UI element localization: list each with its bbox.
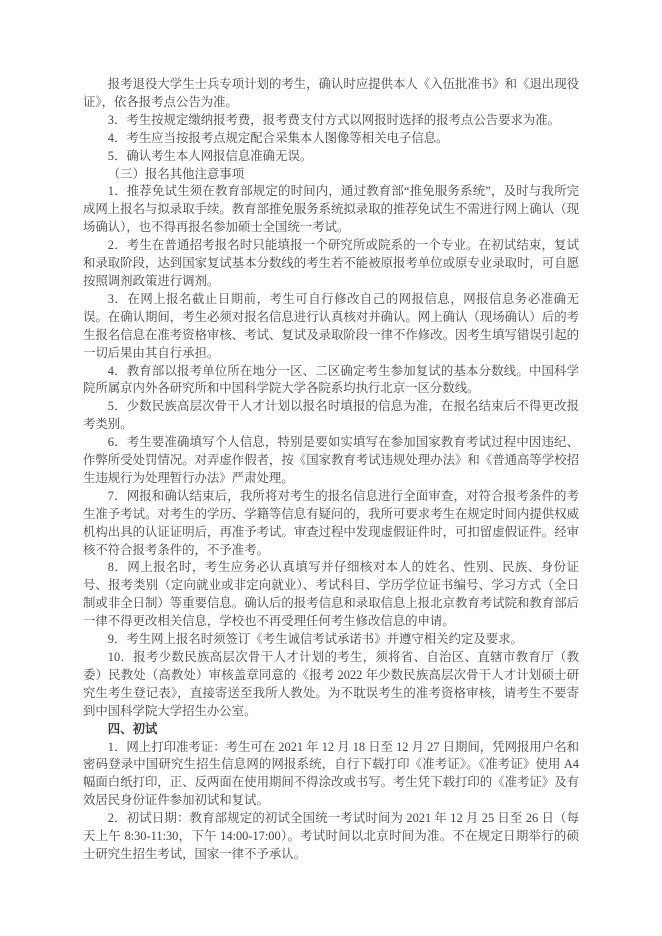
paragraph-note-7-info-review: 7．网报和确认结束后，我所将对考生的报名信息进行全面审查，对符合报考条件的考生准… xyxy=(83,488,579,560)
paragraph-note-5-minority-plan-info: 5．少数民族高层次骨干人才计划以报名时填报的信息为准，在报名结束后不得更改报考类… xyxy=(83,398,579,434)
section-heading-initial-exam: 四、初试 xyxy=(83,721,579,739)
paragraph-note-3-modify-before-deadline: 3．在网上报名截止日期前，考生可自行修改自己的网报信息，网报信息务必准确无误。在… xyxy=(83,291,579,363)
paragraph-note-9-integrity-pledge: 9．考生网上报名时须签订《考生诚信考试承诺书》并遵守相关约定及要求。 xyxy=(83,631,579,649)
paragraph-initial-1-print-admission-ticket: 1．网上打印准考证：考生可在 2021 年 12 月 18 日至 12 月 27… xyxy=(83,739,579,811)
paragraph-pay-exam-fee: 3．考生按规定缴纳报考费，报考费支付方式以网报时选择的报考点公告要求为准。 xyxy=(83,112,579,130)
paragraph-note-2-one-major-only: 2．考生在普通招考报名时只能填报一个研究所或院系的一个专业。在初试结束，复试和录… xyxy=(83,237,579,291)
subsection-heading-other-registration-notes: （三）报名其他注意事项 xyxy=(83,166,579,184)
paragraph-note-8-verify-key-info: 8．网上报名时，考生应务必认真填写并仔细核对本人的姓名、性别、民族、身份证号、报… xyxy=(83,559,579,631)
paragraph-collect-image-info: 4．考生应当按报考点规定配合采集本人图像等相关电子信息。 xyxy=(83,130,579,148)
paragraph-confirm-online-info: 5．确认考生本人网报信息准确无误。 xyxy=(83,148,579,166)
document-body: 报考退役大学生士兵专项计划的考生，确认时应提供本人《入伍批准书》和《退出现役证》… xyxy=(83,76,579,864)
paragraph-note-6-accurate-personal-info: 6．考生要准确填写个人信息，特别是要如实填写在参加国家教育考试过程中因违纪、作弊… xyxy=(83,434,579,488)
document-page: 报考退役大学生士兵专项计划的考生，确认时应提供本人《入伍批准书》和《退出现役证》… xyxy=(0,0,662,936)
paragraph-retired-soldier-plan: 报考退役大学生士兵专项计划的考生，确认时应提供本人《入伍批准书》和《退出现役证》… xyxy=(83,76,579,112)
paragraph-note-10-minority-plan-form: 10．报考少数民族高层次骨干人才计划的考生，须将省、自治区、直辖市教育厅（教委）… xyxy=(83,649,579,721)
paragraph-note-1-exempt-students: 1．推荐免试生须在教育部规定的时间内，通过教育部“推免服务系统”，及时与我所完成… xyxy=(83,183,579,237)
paragraph-note-4-score-line-zones: 4．教育部以报考单位所在地分一区、二区确定考生参加复试的基本分数线。中国科学院所… xyxy=(83,363,579,399)
paragraph-initial-2-exam-dates: 2．初试日期：教育部规定的初试全国统一考试时间为 2021 年 12 月 25 … xyxy=(83,810,579,864)
